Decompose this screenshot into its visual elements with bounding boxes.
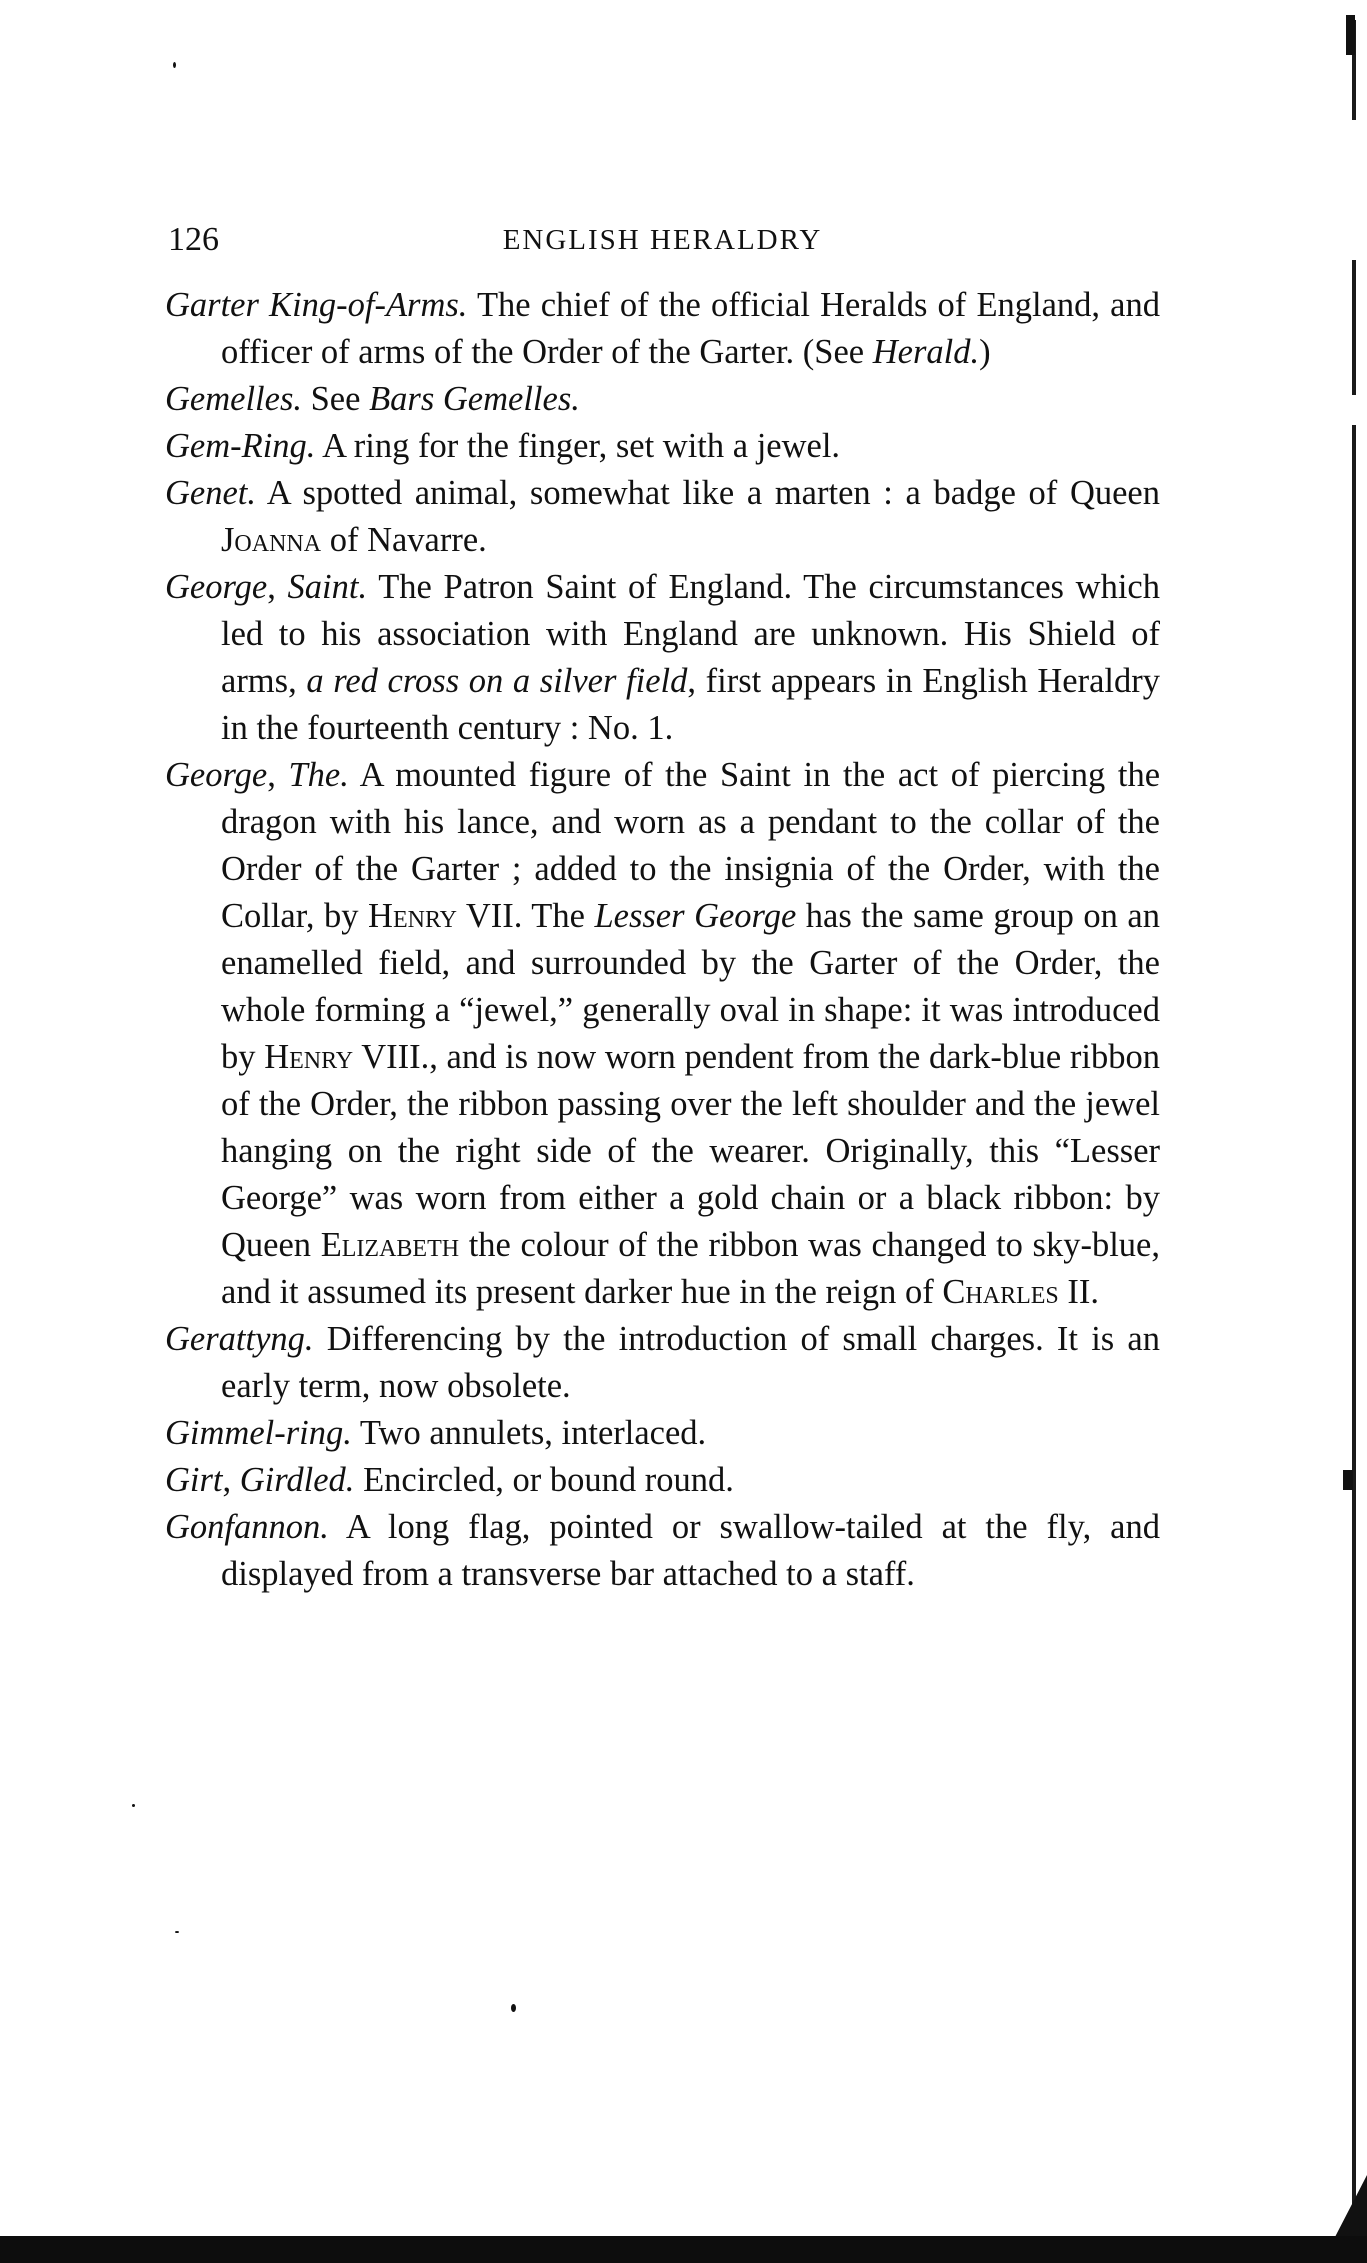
scan-speck [175, 1931, 179, 1933]
small-caps-name: Henry [264, 1038, 353, 1076]
glossary-entry-genet: Genet. A spotted animal, somewhat like a… [165, 470, 1160, 564]
glossary-entry-gerattyng: Gerattyng. Differencing by the introduct… [165, 1316, 1160, 1410]
glossary-entry-gemelles: Gemelles. See Bars Gemelles. [165, 376, 1160, 423]
small-caps-name: Henry [368, 897, 457, 935]
entry-term: Gem-Ring. [165, 427, 315, 465]
entry-term: Gemelles. [165, 380, 302, 418]
glossary-entries: Garter King-of-Arms. The chief of the of… [165, 282, 1160, 1598]
entry-text: A long flag, pointed or swallow-tailed a… [221, 1508, 1160, 1593]
scan-speck [511, 2004, 516, 2012]
page-edge-gap [1348, 395, 1360, 425]
entry-term: Gerattyng. [165, 1320, 314, 1358]
scan-speck [132, 1804, 135, 1807]
page-edge-gap [1348, 200, 1360, 260]
glossary-entry-girt-girdled: Girt, Girdled. Encircled, or bound round… [165, 1457, 1160, 1504]
entry-term: Genet. [165, 474, 256, 512]
entry-term: Garter King-of-Arms. [165, 286, 467, 324]
running-head: 126 ENGLISH HERALDRY [165, 218, 1160, 262]
book-page: 126 ENGLISH HERALDRY Garter King-of-Arms… [0, 0, 1367, 2263]
italic-text: a red cross on a silver field [306, 662, 687, 700]
entry-text: A ring for the finger, set with a jewel. [315, 427, 840, 465]
italic-text: Saint. [288, 568, 368, 606]
italic-text: Bars Gemelles. [369, 380, 580, 418]
entry-text: , [267, 756, 288, 794]
italic-text: Herald. [873, 333, 979, 371]
italic-text: The. [288, 756, 348, 794]
scan-bottom-border [0, 2236, 1367, 2263]
entry-text: Encircled, or bound round. [354, 1461, 733, 1499]
running-title: ENGLISH HERALDRY [165, 218, 1160, 262]
entry-text: A spotted animal, somewhat like a marten… [256, 474, 1160, 512]
entry-term: George [165, 756, 267, 794]
glossary-entry-george-saint: George, Saint. The Patron Saint of Engla… [165, 564, 1160, 752]
italic-text: Girdled. [240, 1461, 355, 1499]
scan-speck [173, 62, 176, 68]
glossary-entry-gonfannon: Gonfannon. A long flag, pointed or swall… [165, 1504, 1160, 1598]
italic-text: Lesser George [594, 897, 796, 935]
glossary-entry-garter-king-of-arms: Garter King-of-Arms. The chief of the of… [165, 282, 1160, 376]
entry-text: II. [1059, 1273, 1099, 1311]
entry-text: Differencing by the introduction of smal… [221, 1320, 1160, 1405]
entry-text: , [267, 568, 287, 606]
glossary-entry-gem-ring: Gem-Ring. A ring for the finger, set wit… [165, 423, 1160, 470]
entry-text: VII. The [457, 897, 594, 935]
entry-text: , [223, 1461, 240, 1499]
entry-term: Gimmel-ring. [165, 1414, 352, 1452]
entry-term: George [165, 568, 267, 606]
entry-text: ) [979, 333, 991, 371]
entry-text: of Navarre. [321, 521, 487, 559]
page-corner-curl [1335, 2175, 1367, 2237]
glossary-entry-george-the: George, The. A mounted figure of the Sai… [165, 752, 1160, 1316]
page-edge-gap [1348, 120, 1360, 210]
entry-text: See [302, 380, 369, 418]
page-edge-blot [1346, 15, 1355, 55]
small-caps-name: Joanna [221, 521, 321, 559]
entry-term: Girt [165, 1461, 223, 1499]
page-edge-shadow [1352, 20, 1356, 2220]
small-caps-name: Elizabeth [321, 1226, 459, 1264]
glossary-entry-gimmel-ring: Gimmel-ring. Two annulets, interlaced. [165, 1410, 1160, 1457]
entry-term: Gonfannon. [165, 1508, 329, 1546]
entry-text: Two annulets, interlaced. [352, 1414, 706, 1452]
small-caps-name: Charles [942, 1273, 1058, 1311]
page-edge-blot [1343, 1470, 1353, 1490]
